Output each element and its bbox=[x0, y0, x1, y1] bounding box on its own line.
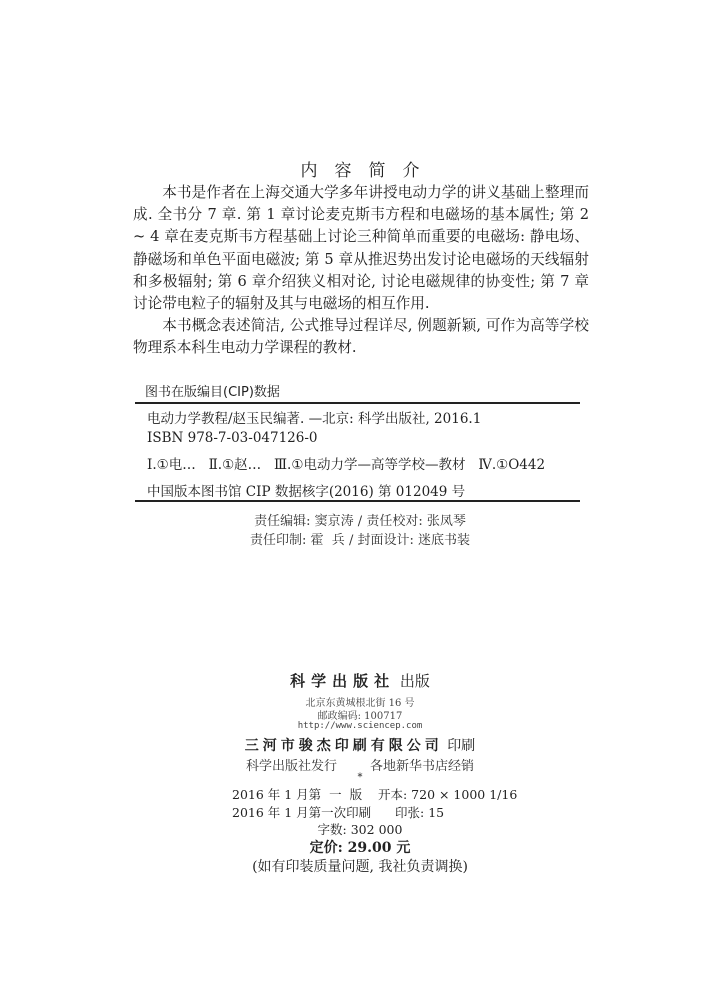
publisher-suffix: 出版 bbox=[400, 672, 430, 690]
cip-heading: 图书在版编目(CIP)数据 bbox=[145, 381, 280, 400]
price: 定价: 29.00 元 bbox=[0, 837, 720, 857]
cip-bottom-rule bbox=[135, 500, 580, 502]
printer-line: 三河市骏杰印刷有限公司 印刷 bbox=[0, 735, 720, 755]
credits-production: 责任印制: 霍 兵 / 封面设计: 迷底书装 bbox=[0, 529, 720, 548]
credits-editor: 责任编辑: 窦京涛 / 责任校对: 张凤琴 bbox=[0, 510, 720, 529]
summary-title: 内容简介 bbox=[0, 156, 720, 181]
printer-suffix: 印刷 bbox=[447, 738, 475, 754]
cip-top-rule bbox=[135, 402, 580, 404]
cip-row-title: 电动力学教程/赵玉民编著. —北京: 科学出版社, 2016.1 bbox=[147, 407, 481, 427]
summary-paragraph: 本书是作者在上海交通大学多年讲授电动力学的讲义基础上整理而成. 全书分 7 章.… bbox=[133, 182, 589, 315]
separator-star: * bbox=[0, 772, 720, 783]
publisher-url: http://www.sciencep.com bbox=[0, 721, 720, 731]
summary-body: 本书是作者在上海交通大学多年讲授电动力学的讲义基础上整理而成. 全书分 7 章.… bbox=[133, 182, 589, 360]
summary-paragraph: 本书概念表述简洁, 公式推导过程详尽, 例题新颖, 可作为高等学校物理系本科生电… bbox=[133, 315, 589, 359]
publisher-name: 科学出版社 bbox=[290, 672, 395, 690]
cip-row-classification: Ⅰ.①电… Ⅱ.①赵… Ⅲ.①电动力学—高等学校—教材 Ⅳ.①O442 bbox=[147, 453, 545, 473]
quality-note: (如有印装质量问题, 我社负责调换) bbox=[0, 856, 720, 876]
publisher-postcode: 邮政编码: 100717 bbox=[0, 707, 720, 722]
word-count: 字数: 302 000 bbox=[0, 820, 720, 838]
publisher-line: 科学出版社 出版 bbox=[0, 670, 720, 691]
cip-row-isbn: ISBN 978-7-03-047126-0 bbox=[147, 430, 318, 446]
printer-name: 三河市骏杰印刷有限公司 bbox=[245, 738, 443, 754]
cip-row-record-number: 中国版本图书馆 CIP 数据核字(2016) 第 012049 号 bbox=[147, 480, 465, 500]
edition-info: 2016 年 1 月第 一 版 开本: 720 × 1000 1/16 bbox=[232, 785, 517, 803]
printing-info: 2016 年 1 月第一次印刷 印张: 15 bbox=[232, 803, 444, 821]
